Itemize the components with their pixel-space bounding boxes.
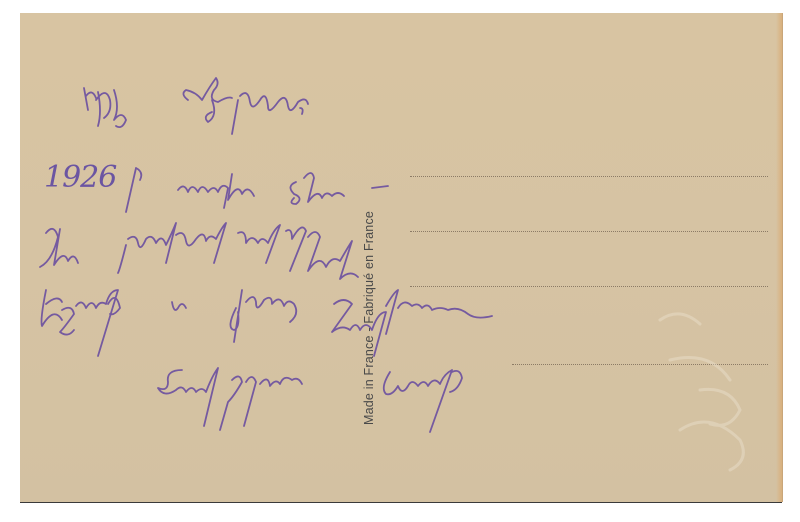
handwriting-salutation <box>80 70 360 140</box>
handwriting-line-2 <box>120 160 420 220</box>
handwritten-year: 1926 <box>44 160 116 195</box>
address-line-1 <box>410 176 768 177</box>
handwriting-line-4 <box>36 280 556 360</box>
embossed-mark <box>640 300 770 480</box>
address-line-2 <box>410 231 768 232</box>
handwriting-line-3 <box>36 215 436 280</box>
handwriting-signature <box>160 360 540 430</box>
